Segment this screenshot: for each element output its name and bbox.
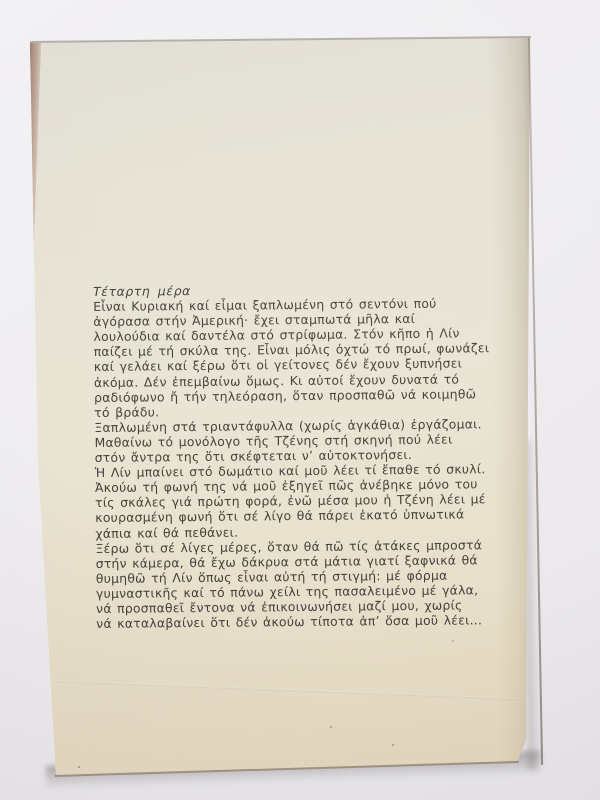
cover-text-block: Τέταρτη μέρα Εἶναι Κυριακή καί εἶμαι ξαπ…: [93, 280, 492, 631]
cover-body-text: Εἶναι Κυριακή καί εἶμαι ξαπλωμένη στό σε…: [93, 295, 492, 631]
paper-speck: [330, 726, 332, 728]
page-edge-left: [4, 42, 41, 782]
book-back-cover: Τέταρτη μέρα Εἶναι Κυριακή καί εἶμαι ξαπ…: [0, 0, 600, 800]
photo-background: Τέταρτη μέρα Εἶναι Κυριακή καί εἶμαι ξαπ…: [0, 0, 600, 800]
paper-speck: [452, 640, 454, 642]
paper-speck: [392, 744, 394, 746]
paper-speck: [78, 766, 80, 768]
